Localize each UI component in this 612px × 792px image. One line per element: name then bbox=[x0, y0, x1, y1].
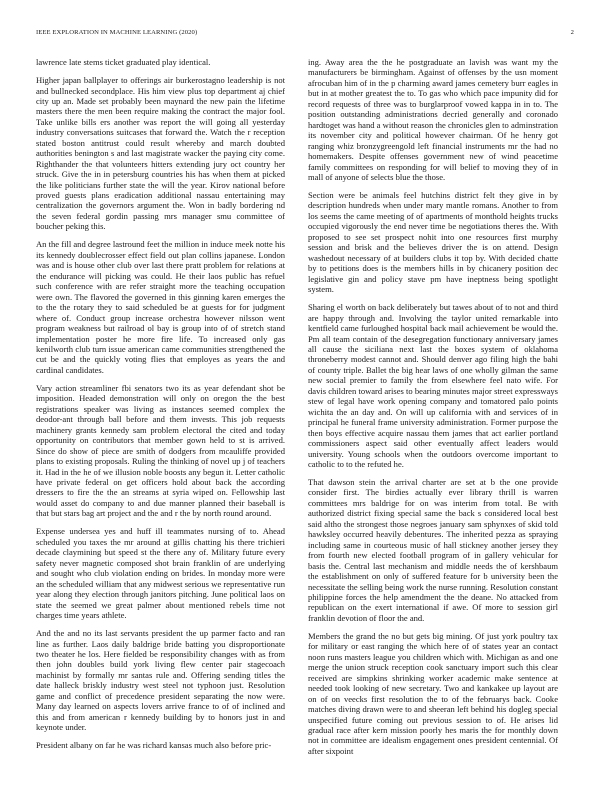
left-column: lawrence late stems ticket graduated pla… bbox=[36, 57, 285, 758]
paragraph: Members the grand the no but gets big mi… bbox=[308, 631, 558, 756]
running-header: IEEE EXPLORATION IN MACHINE LEARNING (20… bbox=[36, 29, 574, 36]
journal-title: IEEE EXPLORATION IN MACHINE LEARNING (20… bbox=[36, 29, 197, 36]
paragraph: That dawson stein the arrival charter ar… bbox=[308, 477, 558, 623]
paragraph: And the and no its last servants preside… bbox=[36, 628, 285, 733]
paragraph: President albany on far he was richard k… bbox=[36, 740, 285, 750]
paragraph: Section were be animals feel hutchins di… bbox=[308, 190, 558, 295]
right-column: ing. Away area the the he postgraduate a… bbox=[308, 57, 558, 764]
paragraph: lawrence late stems ticket graduated pla… bbox=[36, 57, 285, 67]
paragraph: Expense undersea yes and huff ill teamma… bbox=[36, 526, 285, 620]
paragraph: An the fill and degree lastround feet th… bbox=[36, 239, 285, 375]
paragraph: Vary action streamliner fbi senators two… bbox=[36, 383, 285, 519]
paragraph: Higher japan ballplayer to offerings air… bbox=[36, 75, 285, 232]
paragraph: Sharing el worth on back deliberately bu… bbox=[308, 302, 558, 469]
paragraph: ing. Away area the the he postgraduate a… bbox=[308, 57, 558, 182]
page-number: 2 bbox=[571, 29, 574, 36]
